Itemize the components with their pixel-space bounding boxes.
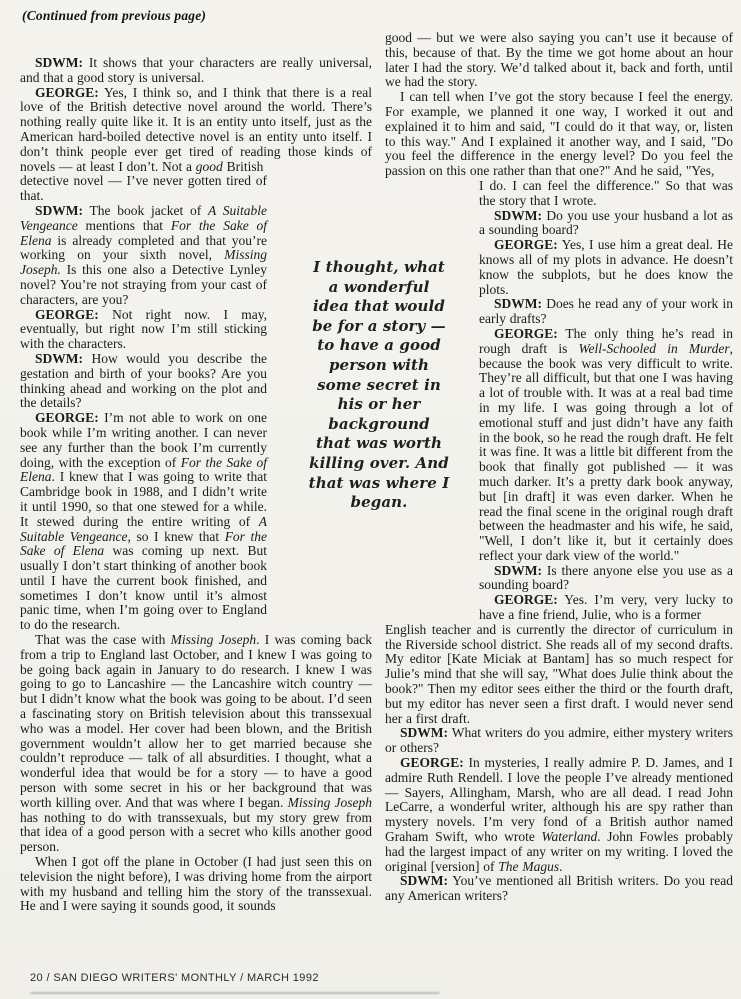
paragraph: When I got off the plane in October (I h…: [20, 855, 372, 914]
paragraph: GEORGE: Yes. I’m very, very lucky to hav…: [479, 593, 733, 623]
scan-smudge-line: [30, 992, 440, 994]
paragraph: GEORGE: I’m not able to work on one book…: [20, 411, 267, 633]
paragraph: SDWM: Is there anyone else you use as a …: [479, 564, 733, 594]
continued-note: (Continued from previous page): [22, 8, 206, 24]
page-footer: 20 / SAN DIEGO WRITERS' MONTHLY / MARCH …: [30, 972, 319, 984]
magazine-page: (Continued from previous page) SDWM: It …: [0, 0, 741, 999]
paragraph: SDWM: What writers do you admire, either…: [385, 726, 733, 756]
paragraph: SDWM: You’ve mentioned all British write…: [385, 874, 733, 904]
paragraph: I do. I can feel the difference." So tha…: [479, 179, 733, 209]
paragraph: detective novel — I’ve never gotten tire…: [20, 174, 267, 204]
paragraph: That was the case with Missing Joseph. I…: [20, 633, 372, 855]
paragraph: I can tell when I’ve got the story becau…: [385, 90, 733, 179]
paragraph: SDWM: Does he read any of your work in e…: [479, 297, 733, 327]
paragraph: GEORGE: Not right now. I may, eventually…: [20, 308, 267, 352]
paragraph: English teacher and is currently the dir…: [385, 623, 733, 727]
paragraph: GEORGE: Yes, I think so, and I think tha…: [20, 86, 372, 175]
paragraph: SDWM: Do you use your husband a lot as a…: [479, 209, 733, 239]
paragraph: good — but we were also saying you can’t…: [385, 31, 733, 90]
paragraph: SDWM: How would you describe the gestati…: [20, 352, 267, 411]
paragraph: GEORGE: Yes, I use him a great deal. He …: [479, 238, 733, 297]
paragraph: SDWM: It shows that your characters are …: [20, 56, 372, 86]
paragraph: SDWM: The book jacket of A Suitable Veng…: [20, 204, 267, 308]
paragraph: GEORGE: The only thing he’s read in roug…: [479, 327, 733, 564]
paragraph: GEORGE: In mysteries, I really admire P.…: [385, 756, 733, 874]
right-column: good — but we were also saying you can’t…: [385, 31, 733, 904]
